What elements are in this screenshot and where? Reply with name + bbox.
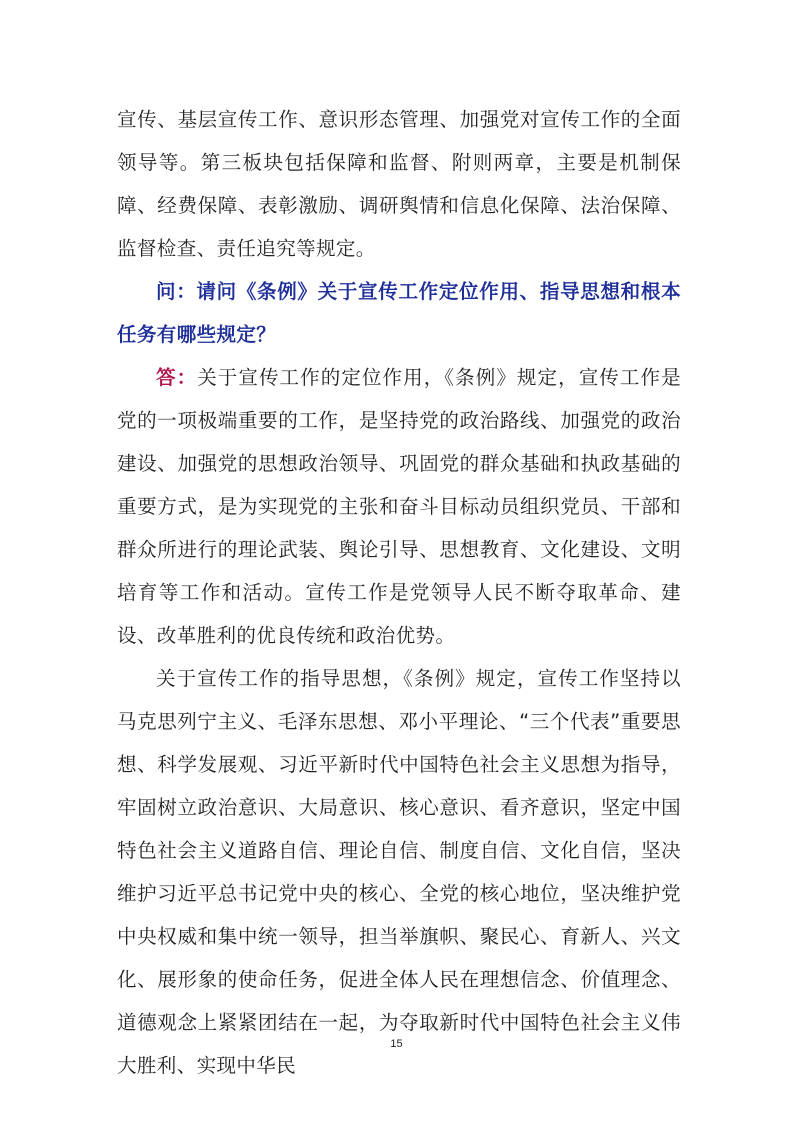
question-heading: 问：请问《条例》关于宣传工作定位作用、指导思想和根本任务有哪些规定？ bbox=[117, 270, 681, 356]
page-number: 15 bbox=[0, 1038, 793, 1050]
paragraph-guiding-thought: 关于宣传工作的指导思想，《条例》规定，宣传工作坚持以马克思列宁主义、毛泽东思想、… bbox=[117, 657, 681, 1087]
document-page: 宣传、基层宣传工作、意识形态管理、加强党对宣传工作的全面领导等。第三板块包括保障… bbox=[117, 98, 681, 1087]
answer-label: 答： bbox=[156, 366, 197, 389]
paragraph-body-continued: 宣传、基层宣传工作、意识形态管理、加强党对宣传工作的全面领导等。第三板块包括保障… bbox=[117, 98, 681, 270]
answer-text: 关于宣传工作的定位作用，《条例》规定，宣传工作是党的一项极端重要的工作，是坚持党… bbox=[117, 366, 681, 647]
answer-paragraph: 答：关于宣传工作的定位作用，《条例》规定，宣传工作是党的一项极端重要的工作，是坚… bbox=[117, 356, 681, 657]
